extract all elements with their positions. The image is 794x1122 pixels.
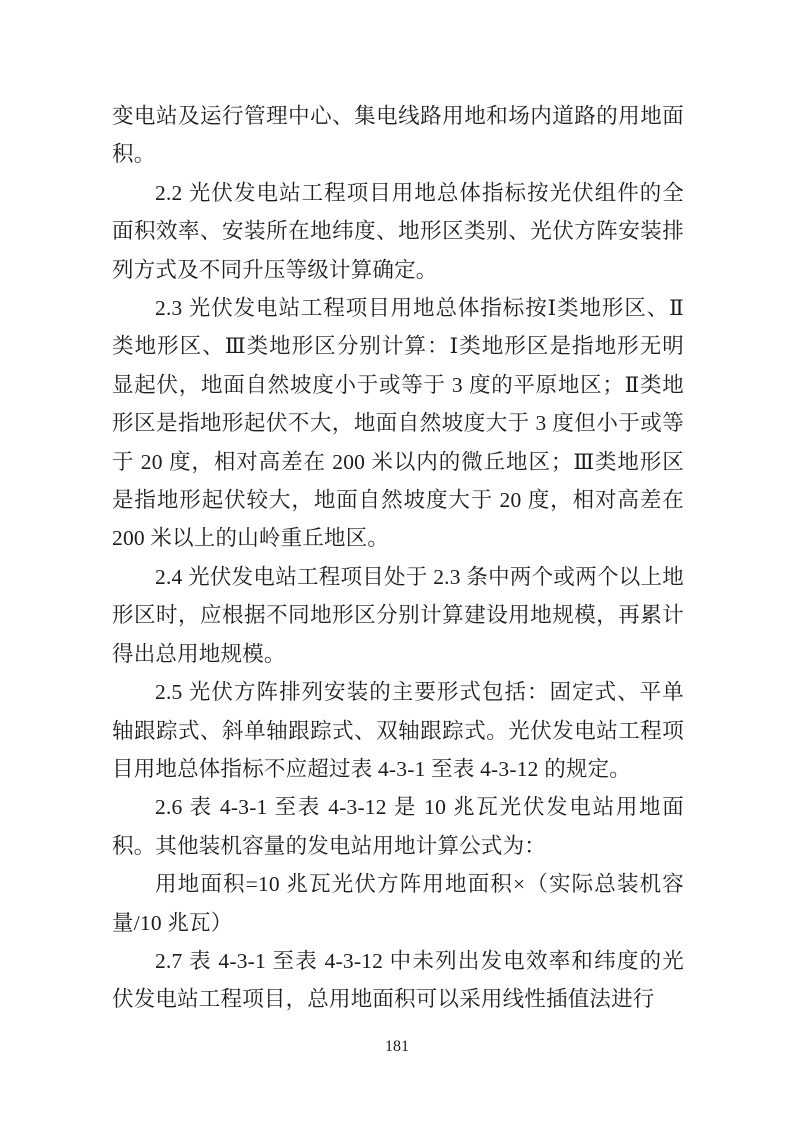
paragraph-clause-2-7: 2.7 表 4-3-1 至表 4-3-12 中未列出发电效率和纬度的光伏发电站工…	[112, 942, 684, 1019]
paragraph-clause-2-2: 2.2 光伏发电站工程项目用地总体指标按光伏组件的全面积效率、安装所在地纬度、地…	[112, 174, 684, 289]
document-page: 变电站及运行管理中心、集电线路用地和场内道路的用地面积。 2.2 光伏发电站工程…	[0, 0, 794, 1122]
document-body-text: 变电站及运行管理中心、集电线路用地和场内道路的用地面积。 2.2 光伏发电站工程…	[112, 97, 684, 1019]
paragraph-clause-2-5: 2.5 光伏方阵排列安装的主要形式包括：固定式、平单轴跟踪式、斜单轴跟踪式、双轴…	[112, 673, 684, 788]
paragraph-clause-2-6: 2.6 表 4-3-1 至表 4-3-12 是 10 兆瓦光伏发电站用地面积。其…	[112, 788, 684, 865]
paragraph-clause-2-4: 2.4 光伏发电站工程项目处于 2.3 条中两个或两个以上地形区时，应根据不同地…	[112, 558, 684, 673]
paragraph-continuation: 变电站及运行管理中心、集电线路用地和场内道路的用地面积。	[112, 97, 684, 174]
page-number: 181	[0, 1038, 794, 1056]
paragraph-clause-2-3: 2.3 光伏发电站工程项目用地总体指标按Ⅰ类地形区、Ⅱ类地形区、Ⅲ类地形区分别计…	[112, 289, 684, 558]
paragraph-formula: 用地面积=10 兆瓦光伏方阵用地面积×（实际总装机容量/10 兆瓦）	[112, 865, 684, 942]
